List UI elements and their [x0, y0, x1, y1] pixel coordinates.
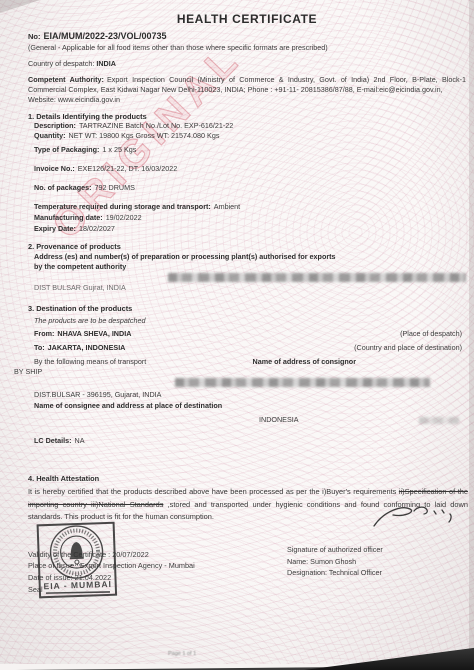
redacted-consignor [175, 378, 430, 387]
expiry-date-value: 18/02/2027 [79, 224, 115, 233]
field-packaging: Type of Packaging:1 x 25 Kgs [34, 145, 466, 155]
certificate-page: ORIGINAL HEALTH CERTIFICATE No:EIA/MUM/2… [0, 0, 474, 664]
field-invoice: Invoice No.:EXE126/21-22, DT. 16/03/2022 [34, 164, 466, 174]
redacted-consignee [419, 417, 459, 424]
country-of-despatch: Country of despatch: INDIA [28, 59, 466, 68]
country-place-hint: (Country and place of destination) [354, 343, 462, 353]
provenance-line2: by the competent authority [34, 262, 463, 272]
description-label: Description: [34, 121, 76, 130]
officer-name-value: Sumon Ghosh [310, 557, 356, 566]
from-label: From: [34, 329, 54, 338]
certificate-subtitle: (General - Applicable for all food items… [28, 43, 466, 52]
consignee-country: INDONESIA [259, 415, 299, 424]
designation-row: Designation: Technical Officer [287, 567, 383, 579]
transport-row: By the following means of transport Name… [34, 357, 466, 367]
attestation-part1: It is hereby certified that the products… [28, 487, 399, 496]
section2-heading: 2. Provenance of products [28, 242, 466, 251]
official-seal: EIA - MUMBAI [35, 521, 122, 609]
consignor-address: DIST.BULSAR - 396195, Gujarat, INDIA [34, 390, 466, 400]
signature-block: Signature of authorized officer Name: Su… [287, 544, 383, 579]
to-label: To: [34, 343, 45, 352]
field-packages: No. of packages:792 DRUMS [34, 183, 466, 193]
manufacturing-date-label: Manufacturing date: [34, 213, 103, 222]
page-number: Page 1 of 1 [168, 651, 196, 657]
consignor-heading: Name of address of consignor [253, 357, 356, 367]
consignee-heading: Name of consignee and address at place o… [34, 401, 463, 411]
designation-value: Technical Officer [329, 568, 382, 577]
to-row: To:JAKARTA, INDONESIA (Country and place… [34, 343, 466, 353]
certificate-number-value: EIA/MUM/2022-23/VOL/00735 [44, 31, 167, 41]
eia-mumbai-stamp-icon: EIA - MUMBAI [35, 521, 122, 604]
certificate-number: No:EIA/MUM/2022-23/VOL/00735 [28, 31, 466, 41]
from-value: NHAVA SHEVA, INDIA [57, 329, 131, 338]
place-of-despatch-hint: (Place of despatch) [400, 329, 462, 339]
temperature-label: Temperature required during storage and … [34, 202, 211, 211]
redacted-plant-address [168, 273, 466, 282]
temperature-value: Ambient [214, 202, 240, 211]
seal-text: EIA - MUMBAI [43, 579, 112, 591]
certificate-number-label: No: [28, 32, 41, 41]
lc-value: NA [75, 436, 85, 445]
field-temperature: Temperature required during storage and … [34, 202, 466, 212]
page-title: HEALTH CERTIFICATE [28, 12, 466, 26]
section4-heading: 4. Health Attestation [28, 474, 466, 483]
photo-right-edge [469, 0, 474, 670]
field-expiry-date: Expiry Date:18/02/2027 [34, 224, 466, 234]
transport-label: By the following means of transport [34, 357, 146, 367]
description-value: TARTRAZINE Batch No./Lot No. EXP-616/21-… [79, 121, 233, 130]
document-photo: ORIGINAL HEALTH CERTIFICATE No:EIA/MUM/2… [0, 0, 474, 670]
packaging-value: 1 x 25 Kgs [102, 145, 136, 154]
website-label: Website: [28, 95, 56, 104]
website: Website: www.eicindia.gov.in [28, 95, 466, 104]
provenance-line1: Address (es) and number(s) of preparatio… [34, 252, 463, 262]
manufacturing-date-value: 19/02/2022 [106, 213, 142, 222]
section1-heading: 1. Details Identifying the products [28, 112, 466, 121]
field-manufacturing-date: Manufacturing date:19/02/2022 [34, 213, 466, 223]
competent-authority: Competent Authority:Export Inspection Co… [28, 75, 466, 94]
field-description: Description:TARTRAZINE Batch No./Lot No.… [34, 121, 466, 131]
officer-name-row: Name: Sumon Ghosh [287, 556, 383, 568]
country-label: Country of despatch: [28, 59, 94, 68]
from-row: From:NHAVA SHEVA, INDIA (Place of despat… [34, 329, 466, 339]
plant-address-visible: DIST BULSAR Gujrat, INDIA [34, 283, 466, 293]
expiry-date-label: Expiry Date: [34, 224, 76, 233]
authority-label: Competent Authority: [28, 75, 104, 84]
lc-label: LC Details: [34, 436, 72, 445]
signature-heading: Signature of authorized officer [287, 544, 383, 556]
packaging-label: Type of Packaging: [34, 145, 99, 154]
officer-name-label: Name: [287, 557, 308, 566]
website-value: www.eicindia.gov.in [58, 95, 120, 104]
packages-label: No. of packages: [34, 183, 92, 192]
lc-details: LC Details:NA [34, 436, 466, 446]
field-quantity: Quantity:NET WT: 19800 Kgs Gross WT: 215… [34, 131, 466, 141]
invoice-value: EXE126/21-22, DT. 16/03/2022 [78, 164, 178, 173]
officer-signature [370, 502, 462, 536]
consignee-country-line: INDONESIA [259, 415, 466, 424]
quantity-value: NET WT: 19800 Kgs Gross WT: 21574.080 Kg… [69, 131, 220, 140]
quantity-label: Quantity: [34, 131, 66, 140]
destination-intro: The products are to be despatched [34, 316, 466, 326]
invoice-label: Invoice No.: [34, 164, 75, 173]
section3-heading: 3. Destination of the products [28, 304, 466, 313]
designation-label: Designation: [287, 568, 327, 577]
to-value: JAKARTA, INDONESIA [48, 343, 126, 352]
country-value: INDIA [96, 59, 116, 68]
packages-value: 792 DRUMS [95, 183, 135, 192]
transport-value: BY SHIP [14, 367, 466, 376]
